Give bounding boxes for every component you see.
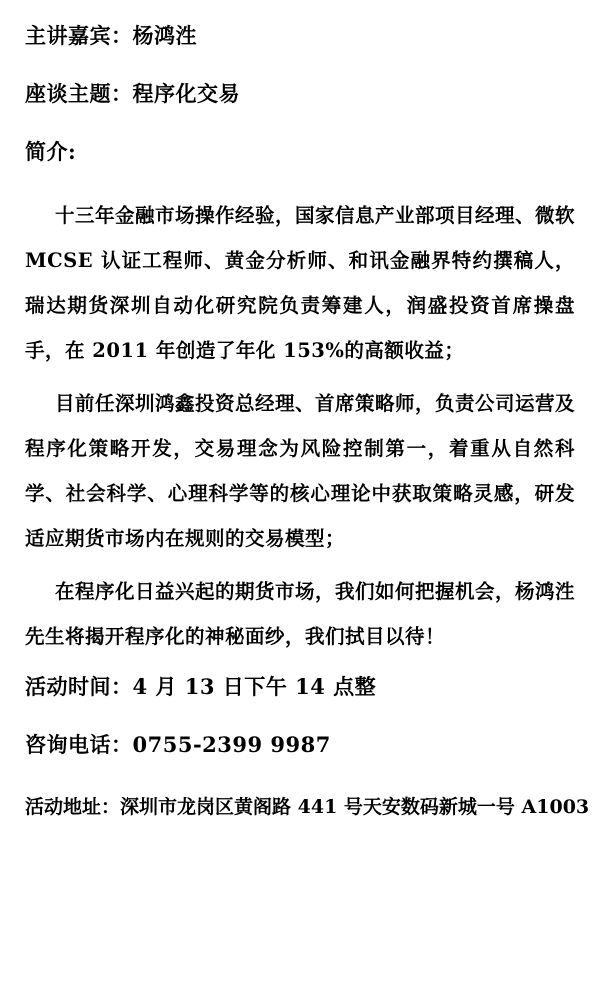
address-line: 活动地址：深圳市龙岗区黄阁路 441 号天安数码新城一号 A1003 (25, 796, 575, 819)
speaker-line: 主讲嘉宾：杨鸿泩 (25, 24, 575, 47)
topic-value: 程序化交易 (133, 81, 241, 106)
address-label: 活动地址： (25, 796, 120, 818)
event-time-label: 活动时间： (25, 674, 133, 699)
phone-value: 0755-2399 9987 (133, 732, 331, 757)
event-time-line: 活动时间：4 月 13 日下午 14 点整 (25, 675, 575, 698)
topic-line: 座谈主题：程序化交易 (25, 82, 575, 105)
address-value: 深圳市龙岗区黄阁路 441 号天安数码新城一号 A1003 (120, 796, 589, 818)
speaker-value: 杨鸿泩 (133, 23, 198, 48)
phone-line: 咨询电话：0755-2399 9987 (25, 733, 575, 756)
event-time-value: 4 月 13 日下午 14 点整 (133, 674, 377, 699)
document-page: 主讲嘉宾：杨鸿泩 座谈主题：程序化交易 简介: 十三年金融市场操作经验，国家信息… (0, 0, 600, 1000)
topic-label: 座谈主题： (25, 81, 133, 106)
bio-paragraph-1: 十三年金融市场操作经验，国家信息产业部项目经理、微软 MCSE 认证工程师、黄金… (25, 193, 575, 373)
bio-paragraph-2: 目前任深圳鸿鑫投资总经理、首席策略师，负责公司运营及程序化策略开发，交易理念为风… (25, 381, 575, 561)
phone-label: 咨询电话： (25, 732, 133, 757)
intro-heading: 简介: (25, 140, 575, 163)
closing-paragraph: 在程序化日益兴起的期货市场，我们如何把握机会，杨鸿泩先生将揭开程序化的神秘面纱，… (25, 569, 575, 659)
speaker-label: 主讲嘉宾： (25, 23, 133, 48)
